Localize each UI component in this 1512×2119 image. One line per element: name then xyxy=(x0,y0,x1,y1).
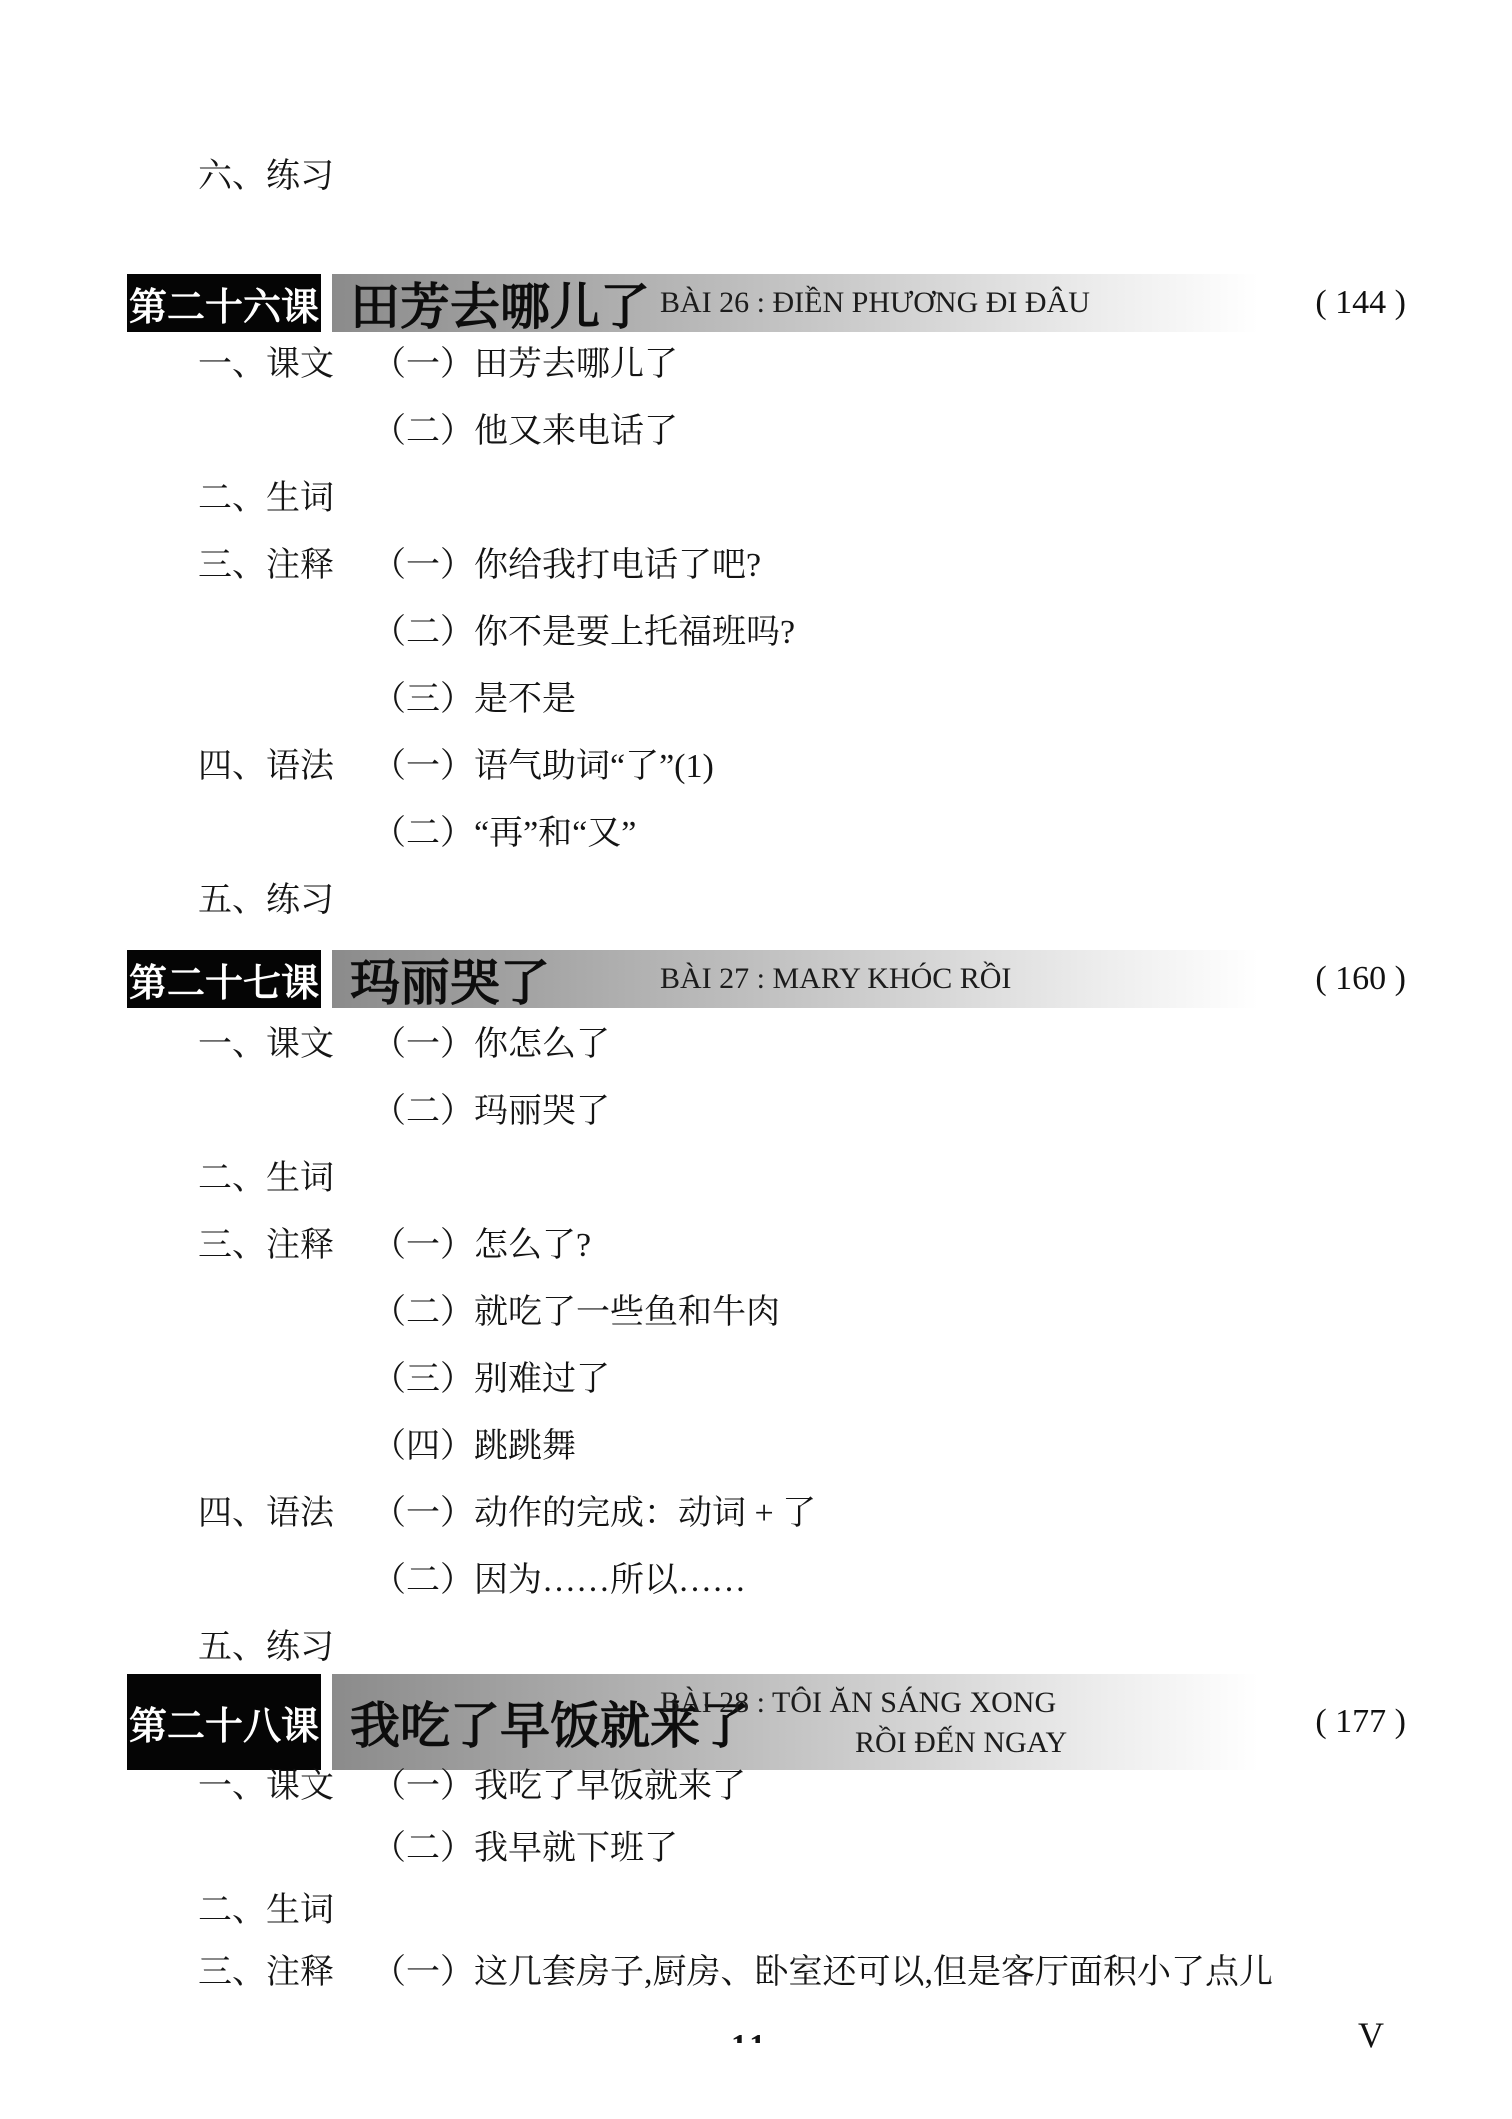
table-row: 五、练习 xyxy=(0,879,1512,923)
table-row: 一、课文 （一）我吃了早饭就来了 xyxy=(0,1765,1512,1809)
toc-section-label: 四、语法 xyxy=(198,745,334,789)
toc-section-label: 一、课文 xyxy=(198,1023,334,1067)
cutoff-page-number-artifact: 11 xyxy=(731,2034,771,2043)
table-row: 四、语法 （一）语气助词“了”(1) xyxy=(0,745,1512,789)
lesson28-page-number: ( 177 ) xyxy=(1258,1674,1406,1770)
lesson26-title-bar: 田芳去哪儿了 BÀI 26 : ĐIỀN PHƯƠNG ĐI ĐÂU xyxy=(332,274,1297,332)
lesson28-header: 第二十八课 我吃了早饭就来了 BÀI 28 : TÔI ĂN SÁNG XONG… xyxy=(0,1674,1512,1770)
table-row: （三）是不是 xyxy=(0,678,1512,722)
lesson27-header: 第二十七课 玛丽哭了 BÀI 27 : MARY KHÓC RỒI ( 160 … xyxy=(0,950,1512,1008)
toc-sub-item: （二）我早就下班了 xyxy=(372,1827,678,1871)
lesson26-number-box: 第二十六课 xyxy=(127,274,321,332)
lesson26-title-vietnamese: BÀI 26 : ĐIỀN PHƯƠNG ĐI ĐÂU xyxy=(660,274,1090,332)
table-row: 三、注释 （一）你给我打电话了吧? xyxy=(0,544,1512,588)
lesson28-title-vietnamese-line2: RỒI ĐẾN NGAY xyxy=(855,1724,1067,1762)
toc-sub-item: （二）你不是要上托福班吗? xyxy=(372,611,795,655)
toc-section-label: 二、生词 xyxy=(198,1157,334,1201)
lesson28-title-vietnamese-line1: BÀI 28 : TÔI ĂN SÁNG XONG xyxy=(660,1684,1056,1722)
toc-section-label: 五、练习 xyxy=(198,879,334,923)
table-row: （二）“再”和“又” xyxy=(0,812,1512,856)
toc-section-label: 一、课文 xyxy=(198,343,334,387)
lesson26-title-chinese: 田芳去哪儿了 xyxy=(350,274,650,332)
toc-sub-item: （三）是不是 xyxy=(372,678,576,722)
toc-sub-item: （二）因为……所以…… xyxy=(372,1559,746,1603)
toc-section-label: 三、注释 xyxy=(198,1951,334,1995)
table-row: （二）玛丽哭了 xyxy=(0,1090,1512,1134)
toc-section-label: 二、生词 xyxy=(198,1889,334,1933)
toc-sub-item: （二）就吃了一些鱼和牛肉 xyxy=(372,1291,780,1335)
toc-section-label: 三、注释 xyxy=(198,544,334,588)
table-row: 三、注释 （一）这几套房子,厨房、卧室还可以,但是客厅面积小了点儿 xyxy=(0,1951,1512,1995)
lesson27-title-vietnamese: BÀI 27 : MARY KHÓC RỒI xyxy=(660,950,1011,1008)
toc-section-label: 三、注释 xyxy=(198,1224,334,1268)
table-row: 二、生词 xyxy=(0,477,1512,521)
toc-sub-item: （一）田芳去哪儿了 xyxy=(372,343,678,387)
lesson27-number-box: 第二十七课 xyxy=(127,950,321,1008)
cutoff-page-number-text: 11 xyxy=(731,2034,771,2043)
toc-sub-item: （一）你给我打电话了吧? xyxy=(372,544,761,588)
toc-section-label: 五、练习 xyxy=(198,1626,334,1670)
lesson27-title-bar: 玛丽哭了 BÀI 27 : MARY KHÓC RỒI xyxy=(332,950,1297,1008)
table-row: （二）他又来电话了 xyxy=(0,410,1512,454)
toc-sub-item: （四）跳跳舞 xyxy=(372,1425,576,1469)
toc-sub-item: （一）怎么了? xyxy=(372,1224,591,1268)
lesson27-title-chinese: 玛丽哭了 xyxy=(350,950,550,1008)
lesson26-page-number: ( 144 ) xyxy=(1258,274,1406,332)
toc-sub-item: （三）别难过了 xyxy=(372,1358,610,1402)
page-number-roman: V xyxy=(1358,2014,1384,2056)
toc-sub-item: （二）他又来电话了 xyxy=(372,410,678,454)
lesson28-number-box: 第二十八课 xyxy=(127,1674,321,1770)
table-row: （二）就吃了一些鱼和牛肉 xyxy=(0,1291,1512,1335)
toc-sub-item: （一）你怎么了 xyxy=(372,1023,610,1067)
toc-page: { "page": { "top_item": "六、练习", "page_nu… xyxy=(0,0,1512,2119)
toc-sub-item: （二）玛丽哭了 xyxy=(372,1090,610,1134)
table-row: 一、课文 （一）田芳去哪儿了 xyxy=(0,343,1512,387)
toc-sub-item: （二）“再”和“又” xyxy=(372,812,636,856)
lesson26-header: 第二十六课 田芳去哪儿了 BÀI 26 : ĐIỀN PHƯƠNG ĐI ĐÂU… xyxy=(0,274,1512,332)
table-row: （二）因为……所以…… xyxy=(0,1559,1512,1603)
toc-sub-item: （一）这几套房子,厨房、卧室还可以,但是客厅面积小了点儿 xyxy=(372,1951,1273,1995)
toc-section-label: 二、生词 xyxy=(198,477,334,521)
toc-row-exercises-prev-lesson: 六、练习 xyxy=(198,155,334,199)
table-row: （二）我早就下班了 xyxy=(0,1827,1512,1871)
table-row: （四）跳跳舞 xyxy=(0,1425,1512,1469)
table-row: 一、课文 （一）你怎么了 xyxy=(0,1023,1512,1067)
toc-section-label: 四、语法 xyxy=(198,1492,334,1536)
lesson28-title-bar: 我吃了早饭就来了 BÀI 28 : TÔI ĂN SÁNG XONG RỒI Đ… xyxy=(332,1674,1297,1770)
table-row: 四、语法 （一）动作的完成：动词 + 了 xyxy=(0,1492,1512,1536)
toc-sub-item: （一）动作的完成：动词 + 了 xyxy=(372,1492,816,1536)
table-row: 二、生词 xyxy=(0,1889,1512,1933)
toc-section-label: 一、课文 xyxy=(198,1765,334,1809)
table-row: 二、生词 xyxy=(0,1157,1512,1201)
lesson27-page-number: ( 160 ) xyxy=(1258,950,1406,1008)
toc-sub-item: （一）语气助词“了”(1) xyxy=(372,745,714,789)
toc-sub-item: （一）我吃了早饭就来了 xyxy=(372,1765,746,1809)
table-row: （二）你不是要上托福班吗? xyxy=(0,611,1512,655)
table-row: 三、注释 （一）怎么了? xyxy=(0,1224,1512,1268)
table-row: （三）别难过了 xyxy=(0,1358,1512,1402)
table-row: 五、练习 xyxy=(0,1626,1512,1670)
